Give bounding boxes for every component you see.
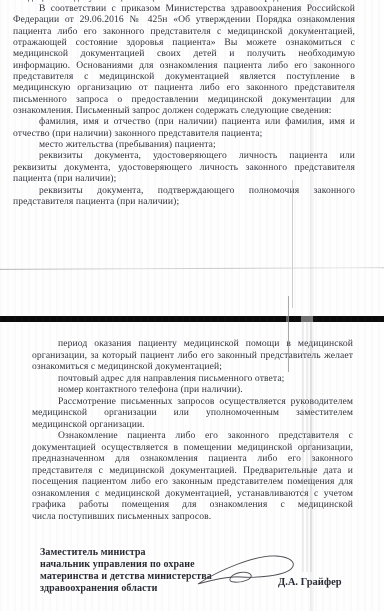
text-line: представителя с медицинской документацие… (13, 71, 355, 82)
list-item-line: фамилия, имя и отчество (при наличии) па… (13, 116, 355, 127)
list-item-line: представителя пациента (при наличии); (13, 196, 355, 207)
list-item-line: ознакомиться с медицинской документацией… (32, 361, 353, 373)
text-line: пациента либо его законного представител… (13, 26, 355, 37)
text-line: документацией осуществляется в помещении… (32, 442, 353, 454)
text-line: медицинской организации или уполномоченн… (32, 407, 353, 419)
list-item-line: период оказания пациенту медицинской пом… (32, 338, 353, 350)
page2-text-block: период оказания пациенту медицинской пом… (32, 338, 353, 522)
list-item-line: реквизиты документа, удостоверяющего лич… (13, 150, 355, 161)
text-line: В соответствии с приказом Министерства з… (13, 3, 355, 14)
list-item-line: пациента (при наличии); (13, 173, 355, 184)
text-line: ознакомления с медицинской документацией… (32, 488, 353, 500)
text-line: письменного запроса о предоставлении мед… (13, 94, 355, 105)
text-line: Ознакомление пациента либо его законного… (32, 430, 353, 442)
text-line: графика работы помещения для ознакомлени… (32, 499, 353, 511)
list-item-line: реквизиты документа, удостоверяющего лич… (13, 162, 355, 173)
divider-streak (301, 316, 313, 322)
scanned-letter-page: медицинской документацией пациента либо … (0, 0, 384, 611)
text-line: Федерации от 29.06.2016 № 425н «Об утвер… (13, 14, 355, 25)
scan-page-edge-line (0, 267, 384, 270)
text-line: посещения пациентом либо его законным пр… (32, 476, 353, 488)
page-divider-band (0, 316, 384, 322)
list-item-line: отчество (при наличии) законного предста… (13, 128, 355, 139)
text-line: медицинскую организацию от пациента либо… (13, 82, 355, 93)
text-line: предназначенном для ознакомления пациент… (32, 453, 353, 465)
text-line: Рассмотрение письменных запросов осущест… (32, 396, 353, 408)
text-line: представителя с медицинской документацие… (32, 465, 353, 477)
page1-text-block: В соответствии с приказом Министерства з… (13, 3, 355, 207)
divider-streak (286, 316, 288, 322)
text-line: числа поступивших письменных запросов. (32, 511, 353, 523)
list-item-line: место жительства (пребывания) пациента; (13, 139, 355, 150)
text-line: информацию. Основаниями для ознакомления… (13, 60, 355, 71)
text-line: отражающей состояние здоровья пациента» … (13, 37, 355, 48)
list-item-line: почтовый адрес для направления письменно… (32, 373, 353, 385)
list-item-line: номер контактного телефона (при наличии)… (32, 384, 353, 396)
text-line: медицинской документацией своих детей и … (13, 48, 355, 59)
text-line: медицинской организации. (32, 419, 353, 431)
signatory-name: Д.А. Грайфер (278, 577, 342, 588)
text-line: ознакомления. Письменный запрос должен с… (13, 105, 355, 116)
list-item-line: реквизиты документа, подтверждающего пол… (13, 185, 355, 196)
list-item-line: организации, за который пациент либо его… (32, 350, 353, 362)
